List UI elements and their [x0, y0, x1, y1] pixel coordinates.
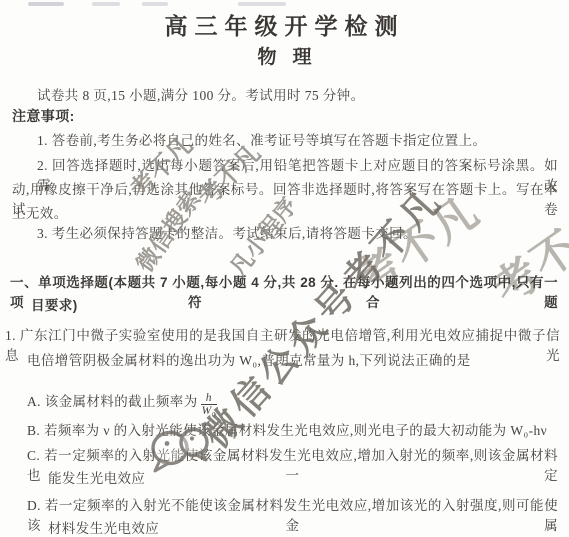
option-a: A. 该金属材料的截止频率为hW₀ [27, 390, 217, 417]
exam-subject: 物理 [0, 42, 569, 69]
question-1-line-2: 电倍增管阴极金属材料的逸出功为 W₀,普朗克常量为 h,下列说法正确的是 [27, 349, 471, 369]
exam-paper-page: 考不凡 考不凡 高三年级开学检测 物理 试卷共 8 页,15 小题,满分 100… [0, 0, 569, 537]
section-heading-line-1: 一、单项选择题(本题共 7 小题,每小题 4 分,共 28 分. 在每小题列出的… [10, 271, 558, 311]
notice-line-3: 3. 考生必须保持答题卡的整洁。考试结束后,请将答题卡交回。 [37, 222, 417, 242]
option-b: B. 若频率为 ν 的入射光能使该金属材料发生光电效应,则光电子的最大初动能为 … [27, 419, 547, 439]
option-c-line-2: 能发生光电效应 [48, 467, 145, 487]
section-heading-line-2: 目要求) [31, 294, 78, 314]
notice-line-2c: 上无效。 [12, 202, 68, 222]
wechat-logo-icon [146, 424, 218, 483]
fraction-numerator: h [201, 392, 217, 405]
notice-line-2b: 动,用橡皮擦干净后,再选涂其他答案标号。回答非选择题时,将答案写在答题卡上。写在… [12, 178, 558, 218]
option-a-fraction: hW₀ [201, 392, 217, 418]
document-text-layer: 高三年级开学检测 物理 试卷共 8 页,15 小题,满分 100 分。考试用时 … [0, 0, 569, 537]
option-d-line-2: 材料发生光电效应 [48, 517, 159, 537]
fraction-denominator: W₀ [201, 405, 217, 417]
exam-title: 高三年级开学检测 [0, 8, 569, 41]
exam-info: 试卷共 8 页,15 小题,满分 100 分。考试用时 75 分钟。 [37, 84, 364, 104]
notice-line-1: 1. 答卷前,考生务必将自己的姓名、准考证号等填写在答题卡指定位置上。 [37, 129, 486, 149]
option-a-text: A. 该金属材料的截止频率为 [27, 394, 198, 409]
notice-heading: 注意事项: [12, 106, 75, 126]
